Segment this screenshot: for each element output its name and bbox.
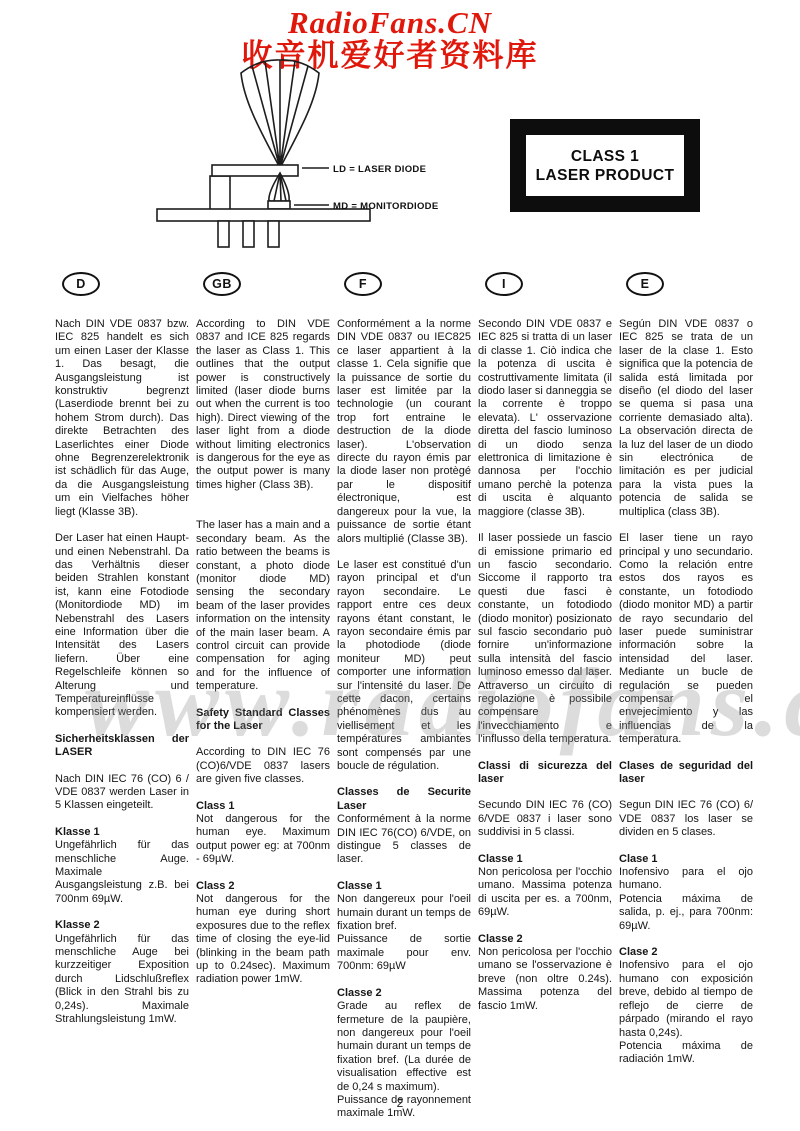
text-column-gb: GBAccording to DIN VDE 0837 and ICE 825 … [196, 272, 330, 1121]
paragraph: Secundo DIN IEC 76 (CO) 6/VDE 0837 i las… [478, 799, 612, 839]
section-heading: Clase 2 [619, 946, 753, 959]
language-columns: DNach DIN VDE 0837 bzw. IEC 825 handelt … [55, 272, 757, 1121]
section-heading: Classe 2 [478, 933, 612, 946]
secondary-beam-fan [269, 173, 289, 201]
section-heading: Classe 1 [478, 853, 612, 866]
paragraph: Nach DIN IEC 76 (CO) 6 / VDE 0837 werden… [55, 773, 189, 813]
top-watermark-site: RadioFans.CN [215, 6, 565, 39]
text-column-f: FConformément a la norme DIN VDE 0837 ou… [337, 272, 471, 1121]
paragraph: El laser tiene un rayo principal y uno s… [619, 532, 753, 747]
text-column-e: ESegún DIN VDE 0837 o IEC 825 se trata d… [619, 272, 753, 1121]
paragraph: Non pericolosa per l'occhio umano. Massi… [478, 866, 612, 920]
section-heading: Classe 1 [337, 880, 471, 893]
section-heading: Klasse 2 [55, 919, 189, 932]
paragraph: Non pericolosa per l'occhio umano se l'o… [478, 946, 612, 1013]
language-badge-f: F [344, 272, 382, 296]
monitor-diode [268, 201, 290, 209]
paragraph: Nach DIN VDE 0837 bzw. IEC 825 handelt e… [55, 318, 189, 519]
section-heading: Class 2 [196, 880, 330, 893]
section-heading: Classi di sicurezza del laser [478, 760, 612, 787]
md-label: MD = MONITORDIODE [333, 201, 438, 212]
class-label-line2: LASER PRODUCT [536, 166, 675, 185]
language-badge-i: I [485, 272, 523, 296]
paragraph: Not dangerous for the human eye during s… [196, 893, 330, 987]
paragraph: Not dangerous for the human eye. Maximum… [196, 813, 330, 867]
paragraph: Inofensivo para el ojo humano con exposi… [619, 959, 753, 1039]
paragraph: Segun DIN IEC 76 (CO) 6/ VDE 0837 los la… [619, 799, 753, 839]
paragraph: Ungefährlich für das menschliche Auge be… [55, 933, 189, 1027]
diode-support [210, 176, 230, 211]
paragraph: Potencia máxima de radiación 1mW. [619, 1040, 753, 1067]
laser-diode-diagram: LD = LASER DIODE MD = MONITORDIODE [140, 58, 500, 260]
paragraph: Puissance de sortie maximale pour env. 7… [337, 933, 471, 973]
section-heading: Classe 2 [337, 987, 471, 1000]
paragraph: Grade au reflex de fermeture de la paupi… [337, 1000, 471, 1094]
class-label-line1: CLASS 1 [571, 147, 639, 166]
section-heading: Klasse 1 [55, 826, 189, 839]
diode-pins [218, 221, 279, 247]
language-badge-gb: GB [203, 272, 241, 296]
paragraph: Según DIN VDE 0837 o IEC 825 se trata de… [619, 318, 753, 519]
section-heading: Class 1 [196, 800, 330, 813]
paragraph: Non dangereux pour l'oeil humain durant … [337, 893, 471, 933]
paragraph: Conformément à la norme DIN IEC 76(CO) 6… [337, 813, 471, 867]
section-heading: Sicherheitsklassen der LASER [55, 733, 189, 760]
paragraph: Puissance de rayonnement maximale 1mW. [337, 1094, 471, 1121]
paragraph: Der Laser hat einen Haupt- und einen Neb… [55, 532, 189, 720]
language-badge-e: E [626, 272, 664, 296]
section-heading: Classes de Securite Laser [337, 786, 471, 813]
label-leader-lines [294, 168, 329, 205]
paragraph: Potencia máxima de salida, p. ej., para … [619, 893, 753, 933]
paragraph: According to DIN VDE 0837 and ICE 825 re… [196, 318, 330, 492]
text-column-d: DNach DIN VDE 0837 bzw. IEC 825 handelt … [55, 272, 189, 1121]
paragraph: Ungefährlich für das menschliche Auge. M… [55, 839, 189, 906]
laser-beam-fan [241, 60, 319, 168]
paragraph: Il laser possiede un fascio di emissione… [478, 532, 612, 747]
paragraph: According to DIN IEC 76 (CO)6/VDE 0837 l… [196, 746, 330, 786]
laser-diode-plate [212, 165, 298, 176]
text-column-i: ISecondo DIN VDE 0837 e IEC 825 si tratt… [478, 272, 612, 1121]
document-page: RadioFans.CN 收音机爱好者资料库 LD = LASER DIODE … [0, 0, 800, 1131]
class1-laser-product-badge: CLASS 1 LASER PRODUCT [510, 119, 700, 212]
language-badge-d: D [62, 272, 100, 296]
paragraph: Inofensivo para el ojo humano. [619, 866, 753, 893]
section-heading: Safety Standard Classes for the Laser [196, 707, 330, 734]
paragraph: Secondo DIN VDE 0837 e IEC 825 si tratta… [478, 318, 612, 519]
paragraph: Conformément a la norme DIN VDE 0837 ou … [337, 318, 471, 546]
section-heading: Clase 1 [619, 853, 753, 866]
paragraph: The laser has a main and a secondary bea… [196, 519, 330, 693]
section-heading: Clases de seguridad del laser [619, 760, 753, 787]
ld-label: LD = LASER DIODE [333, 164, 426, 175]
paragraph: Le laser est constitué d'un rayon princi… [337, 559, 471, 774]
